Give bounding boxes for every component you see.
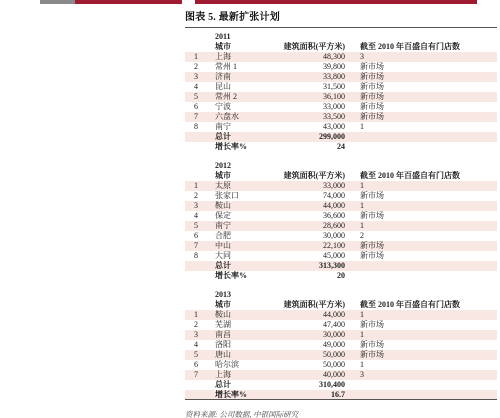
city-cell: 常州 2	[207, 92, 263, 102]
growth-row: 增长率%20	[185, 271, 497, 281]
total-label: 总计	[207, 132, 263, 142]
city-cell: 鞍山	[207, 201, 263, 211]
stores-cell	[345, 261, 497, 271]
city-cell: 合肥	[207, 231, 263, 241]
area-cell: 33,800	[263, 72, 345, 82]
area-cell: 47,400	[263, 320, 345, 330]
source-note: 资料来源: 公司数据, 中银国际研究	[185, 409, 497, 418]
area-cell: 33,500	[263, 112, 345, 122]
area-cell: 30,000	[263, 330, 345, 340]
city-cell: 鞍山	[207, 310, 263, 320]
table-row: 7中山22,100新市场	[185, 241, 497, 251]
year-table-2013: 2013城市建筑面积(平方米)截至 2010 年百盛自有门店数1鞍山44,000…	[185, 290, 497, 400]
area-cell: 30,000	[263, 231, 345, 241]
header-bar-red-right	[195, 0, 477, 4]
area-header: 建筑面积(平方米)	[263, 171, 345, 181]
city-cell: 芜湖	[207, 320, 263, 330]
stores-cell: 新市场	[345, 241, 497, 251]
year-label: 2012	[185, 161, 231, 171]
area-cell: 50,000	[263, 350, 345, 360]
row-number-cell: 1	[185, 52, 207, 62]
stores-header: 截至 2010 年百盛自有门店数	[345, 300, 497, 310]
row-number-header	[185, 42, 207, 52]
row-number-cell: 6	[185, 360, 207, 370]
growth-label: 增长率%	[207, 142, 263, 152]
table-row: 5唐山50,000新市场	[185, 350, 497, 360]
stores-cell: 新市场	[345, 191, 497, 201]
stores-cell: 新市场	[345, 340, 497, 350]
header-row: 城市建筑面积(平方米)截至 2010 年百盛自有门店数	[185, 171, 497, 181]
growth-value: 20	[263, 271, 345, 281]
growth-label: 增长率%	[207, 271, 263, 281]
area-cell: 44,000	[263, 201, 345, 211]
city-cell: 大同	[207, 251, 263, 261]
row-number-cell: 5	[185, 92, 207, 102]
stores-cell: 新市场	[345, 62, 497, 72]
row-number-cell	[185, 271, 207, 281]
year-table-2012: 2012城市建筑面积(平方米)截至 2010 年百盛自有门店数1太原33,000…	[185, 161, 497, 281]
row-number-cell: 4	[185, 211, 207, 221]
table-row: 6合肥30,0002	[185, 231, 497, 241]
header-row: 城市建筑面积(平方米)截至 2010 年百盛自有门店数	[185, 300, 497, 310]
area-cell: 39,800	[263, 62, 345, 72]
table-row: 4保定36,600新市场	[185, 211, 497, 221]
growth-value: 24	[263, 142, 345, 152]
figure-area: 图表 5. 最新扩张计划 2011城市建筑面积(平方米)截至 2010 年百盛自…	[185, 8, 497, 418]
stores-cell: 1	[345, 122, 497, 132]
row-number-cell: 1	[185, 181, 207, 191]
city-cell: 南宁	[207, 122, 263, 132]
area-cell: 40,000	[263, 370, 345, 380]
area-cell: 33,000	[263, 102, 345, 112]
row-number-cell: 2	[185, 62, 207, 72]
row-number-cell: 7	[185, 241, 207, 251]
city-cell: 济南	[207, 72, 263, 82]
stores-cell: 1	[345, 221, 497, 231]
table-row: 5南宁28,6001	[185, 221, 497, 231]
total-area: 313,300	[263, 261, 345, 271]
table-row: 3南昌30,0001	[185, 330, 497, 340]
table-row: 1鞍山44,0001	[185, 310, 497, 320]
total-label: 总计	[207, 261, 263, 271]
area-cell: 45,000	[263, 251, 345, 261]
row-number-cell: 7	[185, 370, 207, 380]
city-cell: 常州 1	[207, 62, 263, 72]
city-cell: 中山	[207, 241, 263, 251]
area-cell: 31,500	[263, 82, 345, 92]
stores-cell: 1	[345, 310, 497, 320]
year-label: 2013	[185, 290, 231, 300]
area-cell: 36,600	[263, 211, 345, 221]
area-cell: 28,600	[263, 221, 345, 231]
area-cell: 49,000	[263, 340, 345, 350]
table-row: 5常州 236,100新市场	[185, 92, 497, 102]
stores-cell: 新市场	[345, 211, 497, 221]
figure-title: 图表 5. 最新扩张计划	[185, 8, 497, 28]
table-row: 8南宁43,0001	[185, 122, 497, 132]
stores-cell	[345, 380, 497, 390]
row-number-cell: 3	[185, 201, 207, 211]
row-number-cell: 3	[185, 330, 207, 340]
stores-cell: 1	[345, 201, 497, 211]
row-number-cell	[185, 380, 207, 390]
stores-cell	[345, 271, 497, 281]
table-row: 1太原33,0001	[185, 181, 497, 191]
row-number-cell: 5	[185, 350, 207, 360]
area-header: 建筑面积(平方米)	[263, 42, 345, 52]
row-number-header	[185, 300, 207, 310]
area-cell: 36,100	[263, 92, 345, 102]
area-header: 建筑面积(平方米)	[263, 300, 345, 310]
stores-cell: 3	[345, 370, 497, 380]
area-cell: 43,000	[263, 122, 345, 132]
total-row: 总计313,300	[185, 261, 497, 271]
city-header: 城市	[207, 171, 263, 181]
row-number-cell: 4	[185, 340, 207, 350]
year-label: 2011	[185, 32, 231, 42]
area-cell: 22,100	[263, 241, 345, 251]
growth-label: 增长率%	[207, 390, 263, 399]
stores-cell: 新市场	[345, 82, 497, 92]
stores-cell: 新市场	[345, 102, 497, 112]
growth-row: 增长率%24	[185, 142, 497, 152]
growth-row: 增长率%16.7	[185, 390, 497, 400]
city-cell: 上海	[207, 370, 263, 380]
row-number-cell: 2	[185, 191, 207, 201]
table-row: 4洛阳49,000新市场	[185, 340, 497, 350]
stores-cell: 1	[345, 360, 497, 370]
area-cell: 50,000	[263, 360, 345, 370]
stores-cell: 3	[345, 52, 497, 62]
row-number-cell	[185, 261, 207, 271]
table-row: 8大同45,000新市场	[185, 251, 497, 261]
table-row: 2芜湖47,400新市场	[185, 320, 497, 330]
row-number-header	[185, 171, 207, 181]
stores-cell	[345, 390, 497, 399]
row-number-cell: 7	[185, 112, 207, 122]
row-number-cell: 4	[185, 82, 207, 92]
row-number-cell	[185, 132, 207, 142]
city-cell: 六盘水	[207, 112, 263, 122]
total-area: 299,000	[263, 132, 345, 142]
city-cell: 保定	[207, 211, 263, 221]
stores-cell	[345, 142, 497, 152]
city-cell: 南昌	[207, 330, 263, 340]
row-number-cell	[185, 390, 207, 399]
area-cell: 44,000	[263, 310, 345, 320]
stores-cell	[345, 132, 497, 142]
table-row: 2常州 139,800新市场	[185, 62, 497, 72]
total-row: 总计299,000	[185, 132, 497, 142]
expansion-tables: 2011城市建筑面积(平方米)截至 2010 年百盛自有门店数1上海48,300…	[185, 32, 497, 400]
table-row: 3济南33,800新市场	[185, 72, 497, 82]
city-cell: 南宁	[207, 221, 263, 231]
row-number-cell: 6	[185, 231, 207, 241]
total-area: 310,400	[263, 380, 345, 390]
table-row: 6宁波33,000新市场	[185, 102, 497, 112]
stores-cell: 新市场	[345, 251, 497, 261]
city-cell: 唐山	[207, 350, 263, 360]
city-header: 城市	[207, 300, 263, 310]
city-cell: 上海	[207, 52, 263, 62]
stores-header: 截至 2010 年百盛自有门店数	[345, 42, 497, 52]
stores-cell: 新市场	[345, 92, 497, 102]
stores-header: 截至 2010 年百盛自有门店数	[345, 171, 497, 181]
year-label-row: 2012	[185, 161, 497, 171]
city-cell: 洛阳	[207, 340, 263, 350]
header-bar-red-left	[75, 0, 182, 4]
row-number-cell: 6	[185, 102, 207, 112]
row-number-cell: 5	[185, 221, 207, 231]
city-cell: 张家口	[207, 191, 263, 201]
area-cell: 74,000	[263, 191, 345, 201]
table-row: 3鞍山44,0001	[185, 201, 497, 211]
growth-value: 16.7	[263, 390, 345, 399]
table-row: 1上海48,3003	[185, 52, 497, 62]
row-number-cell: 2	[185, 320, 207, 330]
row-number-cell: 1	[185, 310, 207, 320]
row-number-cell	[185, 142, 207, 152]
total-label: 总计	[207, 380, 263, 390]
stores-cell: 2	[345, 231, 497, 241]
city-cell: 太原	[207, 181, 263, 191]
stores-cell: 新市场	[345, 320, 497, 330]
table-row: 4昆山31,500新市场	[185, 82, 497, 92]
stores-cell: 1	[345, 330, 497, 340]
year-label-row: 2013	[185, 290, 497, 300]
year-label-row: 2011	[185, 32, 497, 42]
row-number-cell: 8	[185, 122, 207, 132]
stores-cell: 新市场	[345, 72, 497, 82]
stores-cell: 新市场	[345, 350, 497, 360]
stores-cell: 新市场	[345, 112, 497, 122]
header-row: 城市建筑面积(平方米)截至 2010 年百盛自有门店数	[185, 42, 497, 52]
year-table-2011: 2011城市建筑面积(平方米)截至 2010 年百盛自有门店数1上海48,300…	[185, 32, 497, 152]
table-row: 7上海40,0003	[185, 370, 497, 380]
city-cell: 哈尔滨	[207, 360, 263, 370]
city-cell: 宁波	[207, 102, 263, 112]
header-bar-gray	[40, 0, 75, 4]
table-row: 7六盘水33,500新市场	[185, 112, 497, 122]
table-row: 2张家口74,000新市场	[185, 191, 497, 201]
row-number-cell: 8	[185, 251, 207, 261]
stores-cell: 1	[345, 181, 497, 191]
total-row: 总计310,400	[185, 380, 497, 390]
row-number-cell: 3	[185, 72, 207, 82]
area-cell: 48,300	[263, 52, 345, 62]
city-header: 城市	[207, 42, 263, 52]
city-cell: 昆山	[207, 82, 263, 92]
area-cell: 33,000	[263, 181, 345, 191]
table-row: 6哈尔滨50,0001	[185, 360, 497, 370]
